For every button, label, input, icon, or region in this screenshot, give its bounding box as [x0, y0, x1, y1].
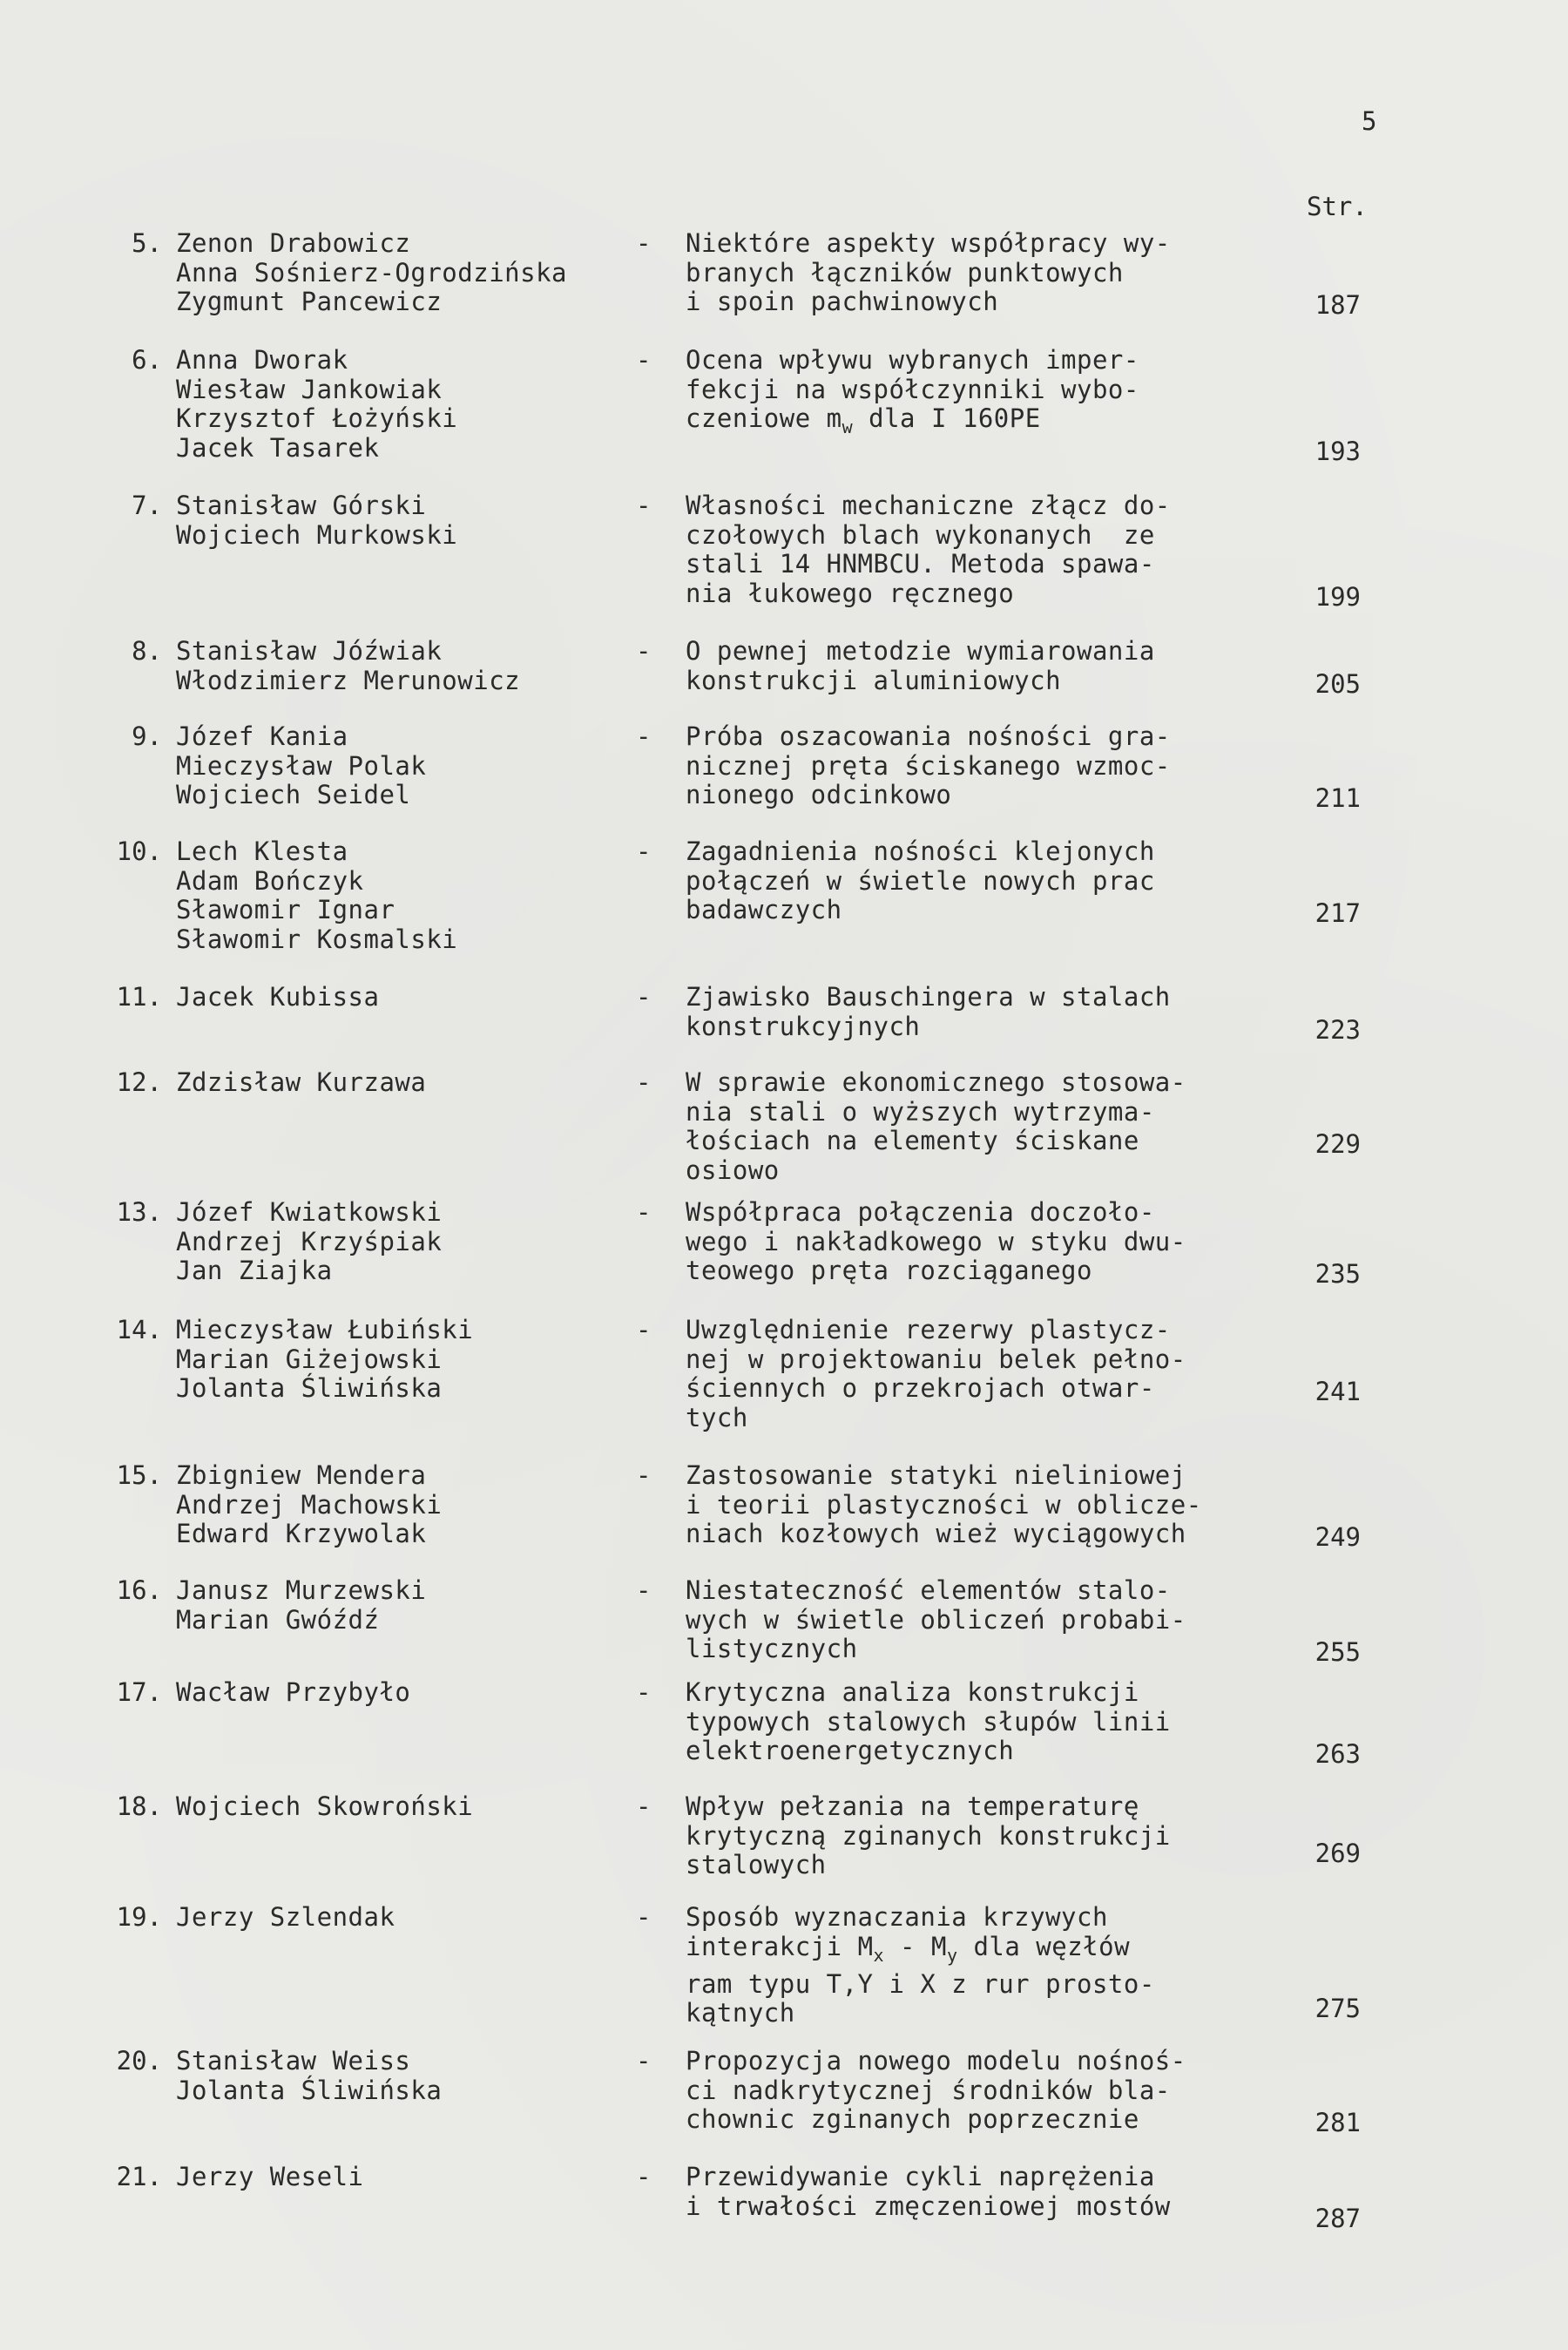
separator-dash: -: [636, 1068, 651, 1098]
entry-authors: Lech KlestaAdam BończykSławomir IgnarSła…: [176, 837, 457, 954]
title-line: chownic zginanych poprzecznie: [686, 2105, 1186, 2135]
entry-number: 17.: [84, 1678, 162, 1708]
title-line: niach kozłowych wież wyciągowych: [686, 1520, 1202, 1549]
author-name: Zdzisław Kurzawa: [176, 1068, 426, 1098]
entry-number: 19.: [84, 1903, 162, 1933]
title-line: Własności mechaniczne złącz do-: [686, 491, 1171, 521]
separator-dash: -: [636, 1198, 651, 1228]
entry-page-number: 281: [1307, 2109, 1361, 2138]
entry-title: Niestateczność elementów stalo-wych w św…: [686, 1576, 1186, 1664]
entry-number: 12.: [84, 1068, 162, 1098]
entry-page-number: 229: [1307, 1130, 1361, 1160]
entry-authors: Jerzy Szlendak: [176, 1903, 395, 1933]
entry-title: Wpływ pełzania na temperaturękrytyczną z…: [686, 1792, 1171, 1880]
author-name: Wojciech Skowroński: [176, 1792, 473, 1822]
title-line: tych: [686, 1404, 1186, 1433]
author-name: Jan Ziajka: [176, 1256, 442, 1286]
separator-dash: -: [636, 637, 651, 667]
author-name: Józef Kwiatkowski: [176, 1198, 442, 1228]
author-name: Edward Krzywolak: [176, 1520, 442, 1549]
entry-number: 13.: [84, 1198, 162, 1228]
author-name: Jacek Tasarek: [176, 434, 457, 464]
title-line: nionego odcinkowo: [686, 781, 1171, 810]
author-name: Andrzej Machowski: [176, 1491, 442, 1520]
author-name: Zygmunt Pancewicz: [176, 288, 567, 317]
entry-number: 20.: [84, 2047, 162, 2076]
separator-dash: -: [636, 837, 651, 867]
author-name: Jacek Kubissa: [176, 983, 379, 1012]
title-line: Propozycja nowego modelu nośnoś-: [686, 2047, 1186, 2076]
author-name: Włodzimierz Merunowicz: [176, 667, 520, 696]
title-line: branych łączników punktowych: [686, 259, 1171, 288]
author-name: Jolanta Śliwińska: [176, 2076, 442, 2106]
title-line: nia stali o wyższych wytrzyma-: [686, 1098, 1186, 1128]
entry-authors: Anna DworakWiesław JankowiakKrzysztof Ło…: [176, 346, 457, 463]
separator-dash: -: [636, 1903, 651, 1933]
entry-title: Własności mechaniczne złącz do-czołowych…: [686, 491, 1171, 608]
separator-dash: -: [636, 491, 651, 521]
entry-authors: Janusz MurzewskiMarian Gwóźdź: [176, 1576, 426, 1635]
separator-dash: -: [636, 1316, 651, 1345]
entry-title: Niektóre aspekty współpracy wy-branych ł…: [686, 229, 1171, 317]
title-line: Wpływ pełzania na temperaturę: [686, 1792, 1171, 1822]
author-name: Krzysztof Łożyński: [176, 404, 457, 434]
author-name: Wojciech Seidel: [176, 781, 426, 810]
entry-authors: Mieczysław ŁubińskiMarian GiżejowskiJola…: [176, 1316, 473, 1404]
author-name: Lech Klesta: [176, 837, 457, 867]
entry-title: Krytyczna analiza konstrukcjitypowych st…: [686, 1678, 1171, 1766]
entry-page-number: 269: [1307, 1839, 1361, 1869]
title-line: Ocena wpływu wybranych imper-: [686, 346, 1139, 376]
entry-page-number: 199: [1307, 583, 1361, 613]
title-line: połączeń w świetle nowych prac: [686, 867, 1155, 897]
title-line: i spoin pachwinowych: [686, 288, 1171, 317]
title-line: Niestateczność elementów stalo-: [686, 1576, 1186, 1606]
title-line: ram typu T,Y i X z rur prosto-: [686, 1970, 1155, 2000]
title-line: Krytyczna analiza konstrukcji: [686, 1678, 1171, 1708]
title-line: nicznej pręta ściskanego wzmoc-: [686, 752, 1171, 782]
entry-page-number: 187: [1307, 291, 1361, 321]
author-name: Marian Gwóźdź: [176, 1606, 426, 1636]
entry-authors: Józef KwiatkowskiAndrzej KrzyśpiakJan Zi…: [176, 1198, 442, 1286]
entry-number: 16.: [84, 1576, 162, 1606]
entry-title: Propozycja nowego modelu nośnoś-ci nadkr…: [686, 2047, 1186, 2135]
entry-number: 8.: [84, 637, 162, 667]
entry-authors: Jacek Kubissa: [176, 983, 379, 1012]
title-line: czeniowe mw dla I 160PE: [686, 404, 1139, 442]
entry-number: 15.: [84, 1461, 162, 1491]
title-line: Przewidywanie cykli naprężenia: [686, 2163, 1171, 2192]
author-name: Wojciech Murkowski: [176, 521, 457, 551]
author-name: Andrzej Krzyśpiak: [176, 1228, 442, 1257]
entry-page-number: 241: [1307, 1378, 1361, 1407]
title-line: stalowych: [686, 1851, 1171, 1880]
entry-page-number: 287: [1307, 2204, 1361, 2234]
separator-dash: -: [636, 983, 651, 1012]
author-name: Janusz Murzewski: [176, 1576, 426, 1606]
title-line: konstrukcyjnych: [686, 1012, 1171, 1042]
title-line: konstrukcji aluminiowych: [686, 667, 1155, 696]
title-line: Niektóre aspekty współpracy wy-: [686, 229, 1171, 259]
title-line: wych w świetle obliczeń probabi-: [686, 1606, 1186, 1636]
title-line: ściennych o przekrojach otwar-: [686, 1374, 1186, 1404]
entry-title: Zjawisko Bauschingera w stalachkonstrukc…: [686, 983, 1171, 1041]
title-line: i trwałości zmęczeniowej mostów: [686, 2192, 1171, 2222]
author-name: Wiesław Jankowiak: [176, 376, 457, 405]
title-line: kątnych: [686, 1999, 1155, 2028]
author-name: Zbigniew Mendera: [176, 1461, 442, 1491]
title-line: krytyczną zginanych konstrukcji: [686, 1822, 1171, 1852]
separator-dash: -: [636, 1576, 651, 1606]
title-line: Sposób wyznaczania krzywych: [686, 1903, 1155, 1933]
title-line: stali 14 HNMBCU. Metoda spawa-: [686, 550, 1171, 579]
entry-authors: Jerzy Weseli: [176, 2163, 364, 2192]
entry-title: Próba oszacowania nośności gra-nicznej p…: [686, 722, 1171, 810]
entry-page-number: 193: [1307, 437, 1361, 467]
entry-number: 21.: [84, 2163, 162, 2192]
entry-title: W sprawie ekonomicznego stosowa-nia stal…: [686, 1068, 1186, 1185]
title-line: Próba oszacowania nośności gra-: [686, 722, 1171, 752]
author-name: Zenon Drabowicz: [176, 229, 567, 259]
title-line: badawczych: [686, 896, 1155, 925]
entry-authors: Zenon DrabowiczAnna Sośnierz-Ogrodzińska…: [176, 229, 567, 317]
entry-number: 14.: [84, 1316, 162, 1345]
author-name: Stanisław Jóźwiak: [176, 637, 520, 667]
title-line: wego i nakładkowego w styku dwu-: [686, 1228, 1186, 1257]
entry-page-number: 235: [1307, 1260, 1361, 1290]
separator-dash: -: [636, 1461, 651, 1491]
title-line: Zagadnienia nośności klejonych: [686, 837, 1155, 867]
entry-number: 9.: [84, 722, 162, 752]
entry-page-number: 211: [1307, 784, 1361, 814]
title-line: elektroenergetycznych: [686, 1737, 1171, 1766]
author-name: Sławomir Kosmalski: [176, 925, 457, 955]
entry-title: Uwzględnienie rezerwy plastycz-nej w pro…: [686, 1316, 1186, 1432]
entry-title: Przewidywanie cykli naprężeniai trwałośc…: [686, 2163, 1171, 2221]
title-line: teowego pręta rozciąganego: [686, 1256, 1186, 1286]
entry-number: 11.: [84, 983, 162, 1012]
separator-dash: -: [636, 1792, 651, 1822]
entry-authors: Stanisław WeissJolanta Śliwińska: [176, 2047, 442, 2105]
entry-page-number: 263: [1307, 1740, 1361, 1770]
entry-number: 18.: [84, 1792, 162, 1822]
author-name: Marian Giżejowski: [176, 1345, 473, 1375]
entry-title: Zastosowanie statyki nielinioweji teorii…: [686, 1461, 1202, 1549]
title-line: O pewnej metodzie wymiarowania: [686, 637, 1155, 667]
title-line: nia łukowego ręcznego: [686, 579, 1171, 609]
title-line: listycznych: [686, 1635, 1186, 1664]
title-line: Zastosowanie statyki nieliniowej: [686, 1461, 1202, 1491]
entry-title: Zagadnienia nośności klejonychpołączeń w…: [686, 837, 1155, 925]
title-line: typowych stalowych słupów linii: [686, 1708, 1171, 1737]
entry-page-number: 223: [1307, 1016, 1361, 1046]
separator-dash: -: [636, 2047, 651, 2076]
entry-authors: Wacław Przybyło: [176, 1678, 410, 1708]
author-name: Stanisław Weiss: [176, 2047, 442, 2076]
title-line: fekcji na współczynniki wybo-: [686, 376, 1139, 405]
entry-page-number: 249: [1307, 1523, 1361, 1553]
entry-number: 10.: [84, 837, 162, 867]
separator-dash: -: [636, 722, 651, 752]
entry-authors: Zdzisław Kurzawa: [176, 1068, 426, 1098]
title-line: W sprawie ekonomicznego stosowa-: [686, 1068, 1186, 1098]
author-name: Stanisław Górski: [176, 491, 457, 521]
entry-title: Ocena wpływu wybranych imper-fekcji na w…: [686, 346, 1139, 442]
entry-authors: Wojciech Skowroński: [176, 1792, 473, 1822]
title-line: Zjawisko Bauschingera w stalach: [686, 983, 1171, 1012]
entry-page-number: 205: [1307, 670, 1361, 700]
entry-page-number: 275: [1307, 1994, 1361, 2024]
entry-title: O pewnej metodzie wymiarowaniakonstrukcj…: [686, 637, 1155, 695]
entry-title: Współpraca połączenia doczoło-wego i nak…: [686, 1198, 1186, 1286]
entry-number: 5.: [84, 229, 162, 259]
separator-dash: -: [636, 346, 651, 376]
entry-authors: Józef KaniaMieczysław PolakWojciech Seid…: [176, 722, 426, 810]
author-name: Jolanta Śliwińska: [176, 1374, 473, 1404]
separator-dash: -: [636, 1678, 651, 1708]
entry-authors: Stanisław JóźwiakWłodzimierz Merunowicz: [176, 637, 520, 695]
author-name: Mieczysław Łubiński: [176, 1316, 473, 1345]
title-line: nej w projektowaniu belek pełno-: [686, 1345, 1186, 1375]
author-name: Anna Dworak: [176, 346, 457, 376]
title-line: łościach na elementy ściskane: [686, 1127, 1186, 1156]
title-line: Współpraca połączenia doczoło-: [686, 1198, 1186, 1228]
entry-number: 7.: [84, 491, 162, 521]
author-name: Adam Bończyk: [176, 867, 457, 897]
page-number: 5: [1362, 106, 1376, 136]
author-name: Jerzy Weseli: [176, 2163, 364, 2192]
page-column-header: Str.: [1307, 192, 1368, 221]
entry-page-number: 217: [1307, 899, 1361, 929]
author-name: Jerzy Szlendak: [176, 1903, 395, 1933]
separator-dash: -: [636, 229, 651, 259]
entry-authors: Stanisław GórskiWojciech Murkowski: [176, 491, 457, 550]
title-line: Uwzględnienie rezerwy plastycz-: [686, 1316, 1186, 1345]
entry-authors: Zbigniew MenderaAndrzej MachowskiEdward …: [176, 1461, 442, 1549]
author-name: Sławomir Ignar: [176, 896, 457, 925]
title-line: i teorii plastyczności w oblicze-: [686, 1491, 1202, 1520]
separator-dash: -: [636, 2163, 651, 2192]
author-name: Mieczysław Polak: [176, 752, 426, 782]
author-name: Anna Sośnierz-Ogrodzińska: [176, 259, 567, 288]
title-line: osiowo: [686, 1156, 1186, 1186]
author-name: Józef Kania: [176, 722, 426, 752]
title-line: czołowych blach wykonanych ze: [686, 521, 1171, 551]
entry-page-number: 255: [1307, 1638, 1361, 1668]
title-line: ci nadkrytycznej środników bla-: [686, 2076, 1186, 2106]
entry-title: Sposób wyznaczania krzywychinterakcji Mx…: [686, 1903, 1155, 2028]
author-name: Wacław Przybyło: [176, 1678, 410, 1708]
title-line: interakcji Mx - My dla węzłów: [686, 1933, 1155, 1970]
entry-number: 6.: [84, 346, 162, 376]
